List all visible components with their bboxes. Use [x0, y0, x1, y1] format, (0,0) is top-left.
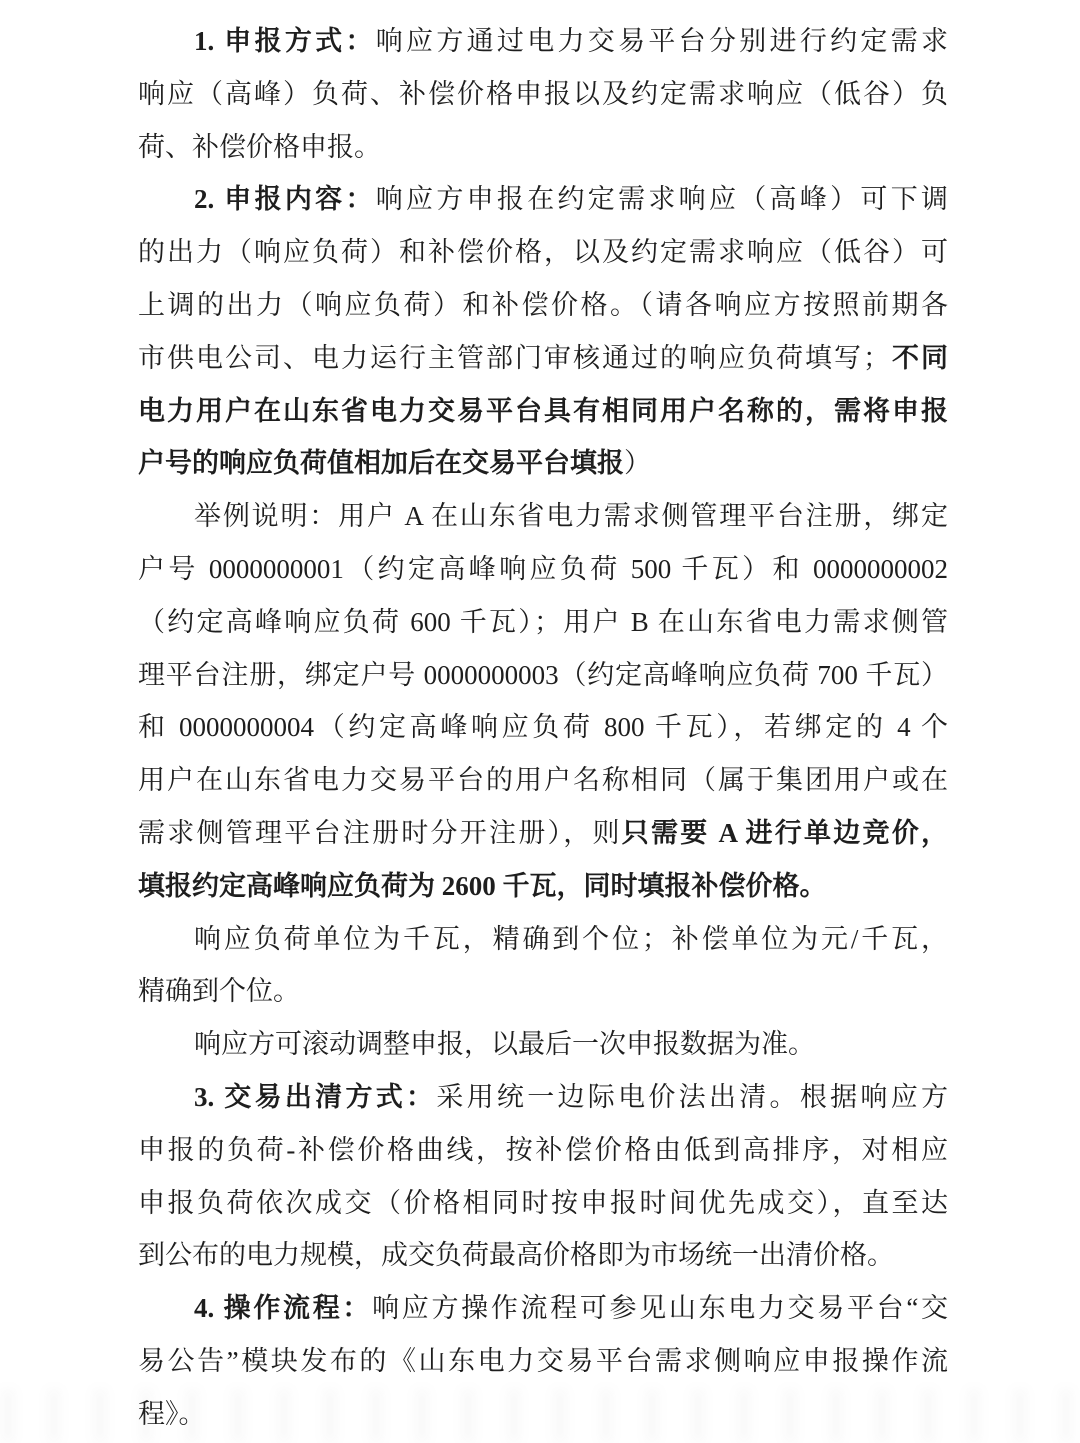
text-segment: 3. 交易出清方式：: [194, 1082, 436, 1112]
text-line: 户号的响应负荷值相加后在交易平台填报）: [138, 437, 948, 490]
text-line: 4. 操作流程：响应方操作流程可参见山东电力交易平台“交: [138, 1282, 948, 1335]
text-line: 举例说明：用户 A 在山东省电力需求侧管理平台注册，绑定: [138, 490, 948, 543]
text-segment: 易公告”模块发布的《山东电力交易平台需求侧响应申报操作流: [138, 1346, 948, 1376]
text-segment: 户号的响应负荷值相加后在交易平台填报: [138, 448, 624, 478]
text-line: 申报的负荷-补偿价格曲线，按补偿价格由低到高排序，对相应: [138, 1124, 948, 1177]
text-line: （约定高峰响应负荷 600 千瓦）；用户 B 在山东省电力需求侧管: [138, 596, 948, 649]
text-line: 到公布的电力规模，成交负荷最高价格即为市场统一出清价格。: [138, 1229, 948, 1282]
text-line: 3. 交易出清方式：采用统一边际电价法出清。根据响应方: [138, 1071, 948, 1124]
text-segment: 荷、补偿价格申报。: [138, 132, 381, 162]
text-line: 响应负荷单位为千瓦，精确到个位；补偿单位为元/千瓦，: [138, 913, 948, 966]
text-segment: 精确到个位。: [138, 976, 300, 1006]
text-segment: 不同: [890, 343, 948, 373]
text-segment: 程》。: [138, 1399, 206, 1429]
text-line: 用户在山东省电力交易平台的用户名称相同（属于集团用户或在: [138, 754, 948, 807]
text-segment: 用户在山东省电力交易平台的用户名称相同（属于集团用户或在: [138, 765, 948, 795]
text-segment: 响应方通过电力交易平台分别进行约定需求: [376, 26, 948, 56]
text-line: 市供电公司、电力运行主管部门审核通过的响应负荷填写；不同: [138, 332, 948, 385]
text-segment: 响应方申报在约定需求响应（高峰）可下调: [376, 184, 948, 214]
text-line: 的出力（响应负荷）和补偿价格，以及约定需求响应（低谷）可: [138, 226, 948, 279]
text-line: 程》。: [138, 1388, 948, 1441]
text-segment: 上调的出力（响应负荷）和补偿价格。（请各响应方按照前期各: [138, 290, 948, 320]
text-segment: 只需要 A 进行单边竞价，: [622, 818, 948, 848]
text-segment: 的出力（响应负荷）和补偿价格，以及约定需求响应（低谷）可: [138, 237, 948, 267]
text-line: 响应（高峰）负荷、补偿价格申报以及约定需求响应（低谷）负: [138, 68, 948, 121]
text-line: 荷、补偿价格申报。: [138, 121, 948, 174]
text-segment: 填报约定高峰响应负荷为 2600 千瓦，同时填报补偿价格。: [138, 871, 827, 901]
text-segment: 户号 0000000001（约定高峰响应负荷 500 千瓦）和 00000000…: [138, 554, 948, 584]
text-segment: 1. 申报方式：: [194, 26, 376, 56]
document-body: 1. 申报方式：响应方通过电力交易平台分别进行约定需求响应（高峰）负荷、补偿价格…: [138, 15, 948, 1441]
text-segment: 响应方可滚动调整申报，以最后一次申报数据为准。: [194, 1029, 815, 1059]
text-line: 响应方可滚动调整申报，以最后一次申报数据为准。: [138, 1018, 948, 1071]
text-segment: 市供电公司、电力运行主管部门审核通过的响应负荷填写；: [138, 343, 890, 373]
text-segment: 举例说明：用户 A 在山东省电力需求侧管理平台注册，绑定: [194, 501, 948, 531]
text-line: 填报约定高峰响应负荷为 2600 千瓦，同时填报补偿价格。: [138, 860, 948, 913]
text-segment: 和 0000000004（约定高峰响应负荷 800 千瓦），若绑定的 4 个: [138, 712, 948, 742]
text-line: 1. 申报方式：响应方通过电力交易平台分别进行约定需求: [138, 15, 948, 68]
text-segment: 4. 操作流程：: [194, 1293, 372, 1323]
text-segment: 采用统一边际电价法出清。根据响应方: [436, 1082, 948, 1112]
text-line: 2. 申报内容：响应方申报在约定需求响应（高峰）可下调: [138, 173, 948, 226]
document-page: 1. 申报方式：响应方通过电力交易平台分别进行约定需求响应（高峰）负荷、补偿价格…: [0, 0, 1080, 1443]
text-segment: （约定高峰响应负荷 600 千瓦）；用户 B 在山东省电力需求侧管: [138, 607, 948, 637]
text-segment: 需求侧管理平台注册时分开注册），则: [138, 818, 622, 848]
text-line: 户号 0000000001（约定高峰响应负荷 500 千瓦）和 00000000…: [138, 543, 948, 596]
text-segment: 理平台注册，绑定户号 0000000003（约定高峰响应负荷 700 千瓦）: [138, 660, 948, 690]
text-segment: 申报的负荷-补偿价格曲线，按补偿价格由低到高排序，对相应: [138, 1135, 948, 1165]
text-segment: 到公布的电力规模，成交负荷最高价格即为市场统一出清价格。: [138, 1240, 894, 1270]
text-line: 和 0000000004（约定高峰响应负荷 800 千瓦），若绑定的 4 个: [138, 701, 948, 754]
text-line: 申报负荷依次成交（价格相同时按申报时间优先成交），直至达: [138, 1177, 948, 1230]
text-line: 上调的出力（响应负荷）和补偿价格。（请各响应方按照前期各: [138, 279, 948, 332]
text-segment: 响应方操作流程可参见山东电力交易平台“交: [372, 1293, 948, 1323]
text-segment: 响应负荷单位为千瓦，精确到个位；补偿单位为元/千瓦，: [194, 924, 948, 954]
text-segment: 申报负荷依次成交（价格相同时按申报时间优先成交），直至达: [138, 1188, 948, 1218]
text-line: 理平台注册，绑定户号 0000000003（约定高峰响应负荷 700 千瓦）: [138, 649, 948, 702]
text-segment: 电力用户在山东省电力交易平台具有相同用户名称的，需将申报: [138, 396, 948, 426]
text-segment: 2. 申报内容：: [194, 184, 376, 214]
text-segment: 响应（高峰）负荷、补偿价格申报以及约定需求响应（低谷）负: [138, 79, 948, 109]
text-line: 精确到个位。: [138, 965, 948, 1018]
text-line: 电力用户在山东省电力交易平台具有相同用户名称的，需将申报: [138, 385, 948, 438]
text-line: 需求侧管理平台注册时分开注册），则只需要 A 进行单边竞价，: [138, 807, 948, 860]
text-line: 易公告”模块发布的《山东电力交易平台需求侧响应申报操作流: [138, 1335, 948, 1388]
text-segment: ）: [624, 448, 651, 478]
